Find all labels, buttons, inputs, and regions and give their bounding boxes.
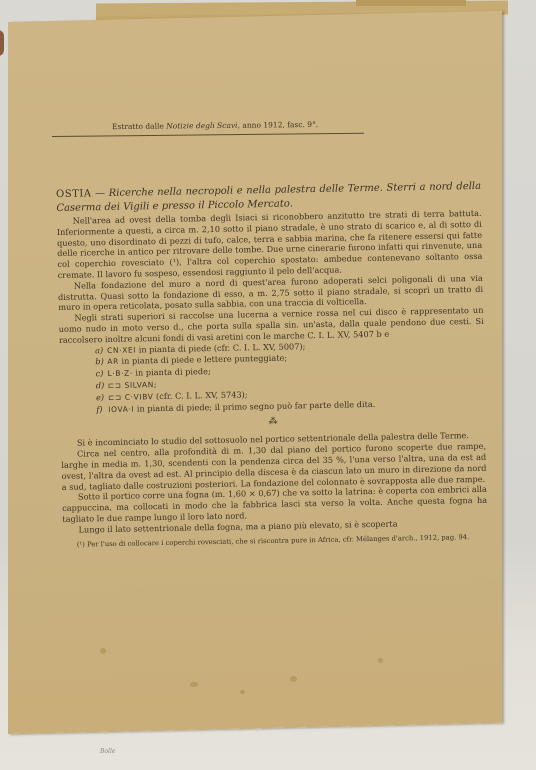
document-content: Estratto dalle Notizie degli Scavi, anno… (0, 0, 536, 770)
item-mark: a) (95, 345, 107, 356)
item-mark: d) (96, 380, 108, 391)
article-place: OSTIA (56, 188, 92, 200)
offprint-header: Estratto dalle Notizie degli Scavi, anno… (112, 120, 318, 131)
stamp-text: AR (107, 357, 119, 366)
stamp-text: CN·XEI (107, 345, 136, 355)
header-prefix: Estratto dalle (112, 122, 166, 132)
item-text: in pianta di piede e lettere punteggiate… (119, 353, 287, 366)
item-mark: f) (96, 404, 108, 415)
item-mark: c) (95, 368, 107, 379)
stamp-text: ⊏⊐ SILVAN (108, 380, 154, 390)
item-text: in pianta di piede; (133, 366, 211, 377)
footnote-text: (¹) Per l'uso di collocare i coperchi ro… (63, 532, 488, 549)
footnote: (¹) Per l'uso di collocare i coperchi ro… (63, 532, 488, 549)
title-dash: — (91, 188, 108, 199)
stamp-text: ⊏⊐ C·VIBV (108, 392, 154, 402)
section-asterism: ⁂ (60, 414, 485, 431)
stamp-text: L·B·Z· (107, 369, 132, 378)
stamp-list: a)CN·XEI in pianta di piede (cfr. C. I. … (59, 337, 485, 416)
item-text: in pianta di piede (cfr. C. I. L. XV, 50… (136, 341, 306, 354)
header-suffix: , anno 1912, fasc. 9°. (238, 120, 319, 130)
article-body: OSTIA — Ricerche nella necropoli e nella… (56, 180, 488, 550)
pencil-mark: Bolle (100, 748, 115, 755)
paragraph: Nell'area ad ovest della tomba degli Isi… (57, 208, 483, 281)
item-mark: b) (95, 356, 107, 367)
stamp-text: IOVA·I (108, 404, 134, 413)
item-mark: e) (96, 392, 108, 403)
header-journal: Notizie degli Scavi (166, 121, 237, 131)
header-rule (52, 133, 364, 137)
item-text: (cfr. C. I. L. XV, 5743); (153, 389, 247, 401)
item-text: ; (154, 379, 157, 389)
